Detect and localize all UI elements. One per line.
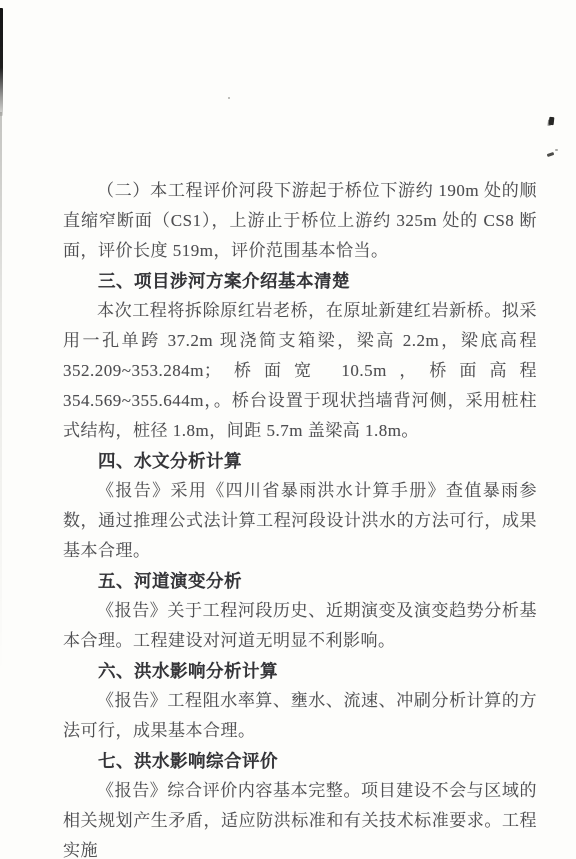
section-heading-3-project-scheme: 三、项目涉河方案介绍基本清楚 (63, 266, 537, 296)
paragraph-comprehensive-evaluation: 《报告》综合评价内容基本完整。项目建设不会与区域的相关规划产生矛盾，适应防洪标准… (63, 776, 537, 859)
scan-speck-artifact (555, 149, 558, 151)
scan-left-edge-artifact (0, 8, 3, 116)
section-heading-5-river-evolution: 五、河道演变分析 (63, 566, 537, 596)
document-body: （二）本工程评价河段下游起于桥位下游约 190m 处的顺直缩窄断面（CS1），上… (63, 176, 537, 859)
section-heading-4-hydrology: 四、水文分析计算 (63, 446, 537, 476)
paragraph-flood-impact-calc: 《报告》工程阻水率算、壅水、流速、冲刷分析计算的方法可行，成果基本合理。 (63, 686, 537, 746)
scan-speck-artifact (549, 117, 555, 125)
scan-speck-artifact (228, 97, 230, 99)
paragraph-bridge-scheme: 本次工程将拆除原红岩老桥，在原址新建红岩新桥。拟采用一孔单跨 37.2m 现浇简… (63, 296, 537, 446)
paragraph-river-evolution: 《报告》关于工程河段历史、近期演变及演变趋势分析基本合理。工程建设对河道无明显不… (63, 596, 537, 656)
scan-left-edge-faint-line (0, 112, 2, 672)
section-heading-6-flood-impact-calc: 六、洪水影响分析计算 (63, 656, 537, 686)
scan-speck-artifact (547, 152, 555, 157)
section-heading-7-comprehensive-evaluation: 七、洪水影响综合评价 (63, 746, 537, 776)
paragraph-hydrology: 《报告》采用《四川省暴雨洪水计算手册》查值暴雨参数，通过推理公式法计算工程河段设… (63, 476, 537, 566)
scanned-document-page: （二）本工程评价河段下游起于桥位下游约 190m 处的顺直缩窄断面（CS1），上… (0, 0, 576, 859)
paragraph-review-reach: （二）本工程评价河段下游起于桥位下游约 190m 处的顺直缩窄断面（CS1），上… (63, 176, 537, 266)
